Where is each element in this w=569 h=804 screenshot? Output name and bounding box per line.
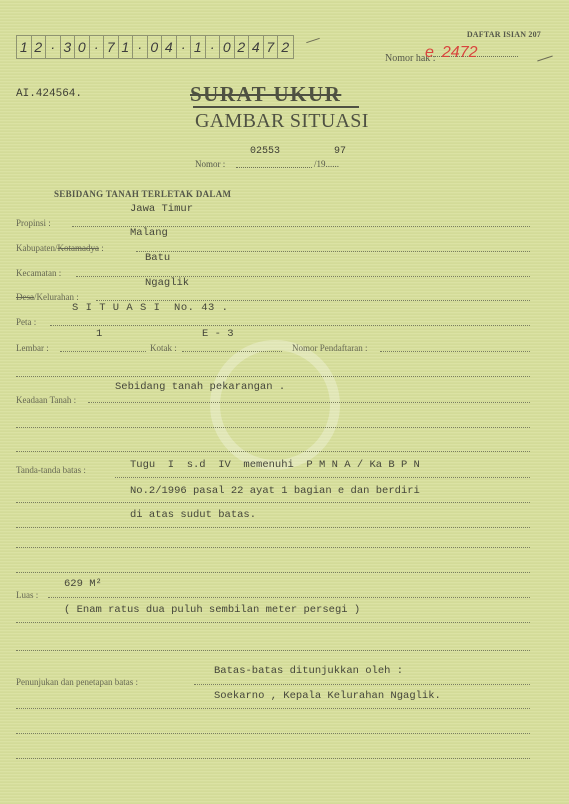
- tanda-batas-rule: [115, 477, 530, 478]
- propinsi-label: Propinsi :: [16, 218, 51, 228]
- tanda-batas-line-3: di atas sudut batas.: [130, 509, 256, 521]
- kelurahan-label: Desa/Kelurahan :: [16, 292, 79, 302]
- register-digit-box: ·: [133, 36, 148, 58]
- luas-rule: [16, 622, 530, 623]
- nomor-pendaftaran-label: Nomor Pendaftaran :: [292, 343, 367, 353]
- form-code: DAFTAR ISIAN 207: [467, 30, 541, 39]
- blank-line: [16, 650, 530, 651]
- register-digit-box: 0: [220, 36, 235, 58]
- luas-line: [48, 597, 530, 598]
- register-digit-box: 1: [191, 36, 206, 58]
- luas-words: ( Enam ratus dua puluh sembilan meter pe…: [64, 604, 360, 616]
- kelurahan-line: [96, 300, 530, 301]
- page-title: GAMBAR SITUASI: [195, 110, 369, 133]
- blank-line: [16, 758, 530, 759]
- lembar-line: [60, 351, 146, 352]
- desa-struck: Desa: [16, 292, 34, 302]
- penunjukan-line-2: Soekarno , Kepala Kelurahan Ngaglik.: [214, 690, 441, 702]
- register-number-boxes: 1 2 · 3 0 · 7 1 · 0 4 · 1 · 0 2 4 7 2: [16, 35, 294, 59]
- tanda-batas-rule: [16, 527, 530, 528]
- propinsi-value: Jawa Timur: [130, 203, 193, 215]
- register-digit-box: ·: [90, 36, 105, 58]
- kabupaten-value: Malang: [130, 227, 168, 239]
- penunjukan-rule: [16, 708, 530, 709]
- tanda-batas-label: Tanda-tanda batas :: [16, 465, 86, 475]
- nomor-year: 97: [334, 146, 346, 157]
- kotak-label: Kotak :: [150, 343, 177, 353]
- blank-line: [16, 376, 530, 377]
- register-digit-box: ·: [206, 36, 221, 58]
- register-digit-box: 0: [148, 36, 163, 58]
- blank-line: [16, 451, 530, 452]
- register-digit-box: 0: [75, 36, 90, 58]
- luas-label: Luas :: [16, 590, 38, 600]
- nomor-hak-value: e2472: [425, 44, 478, 62]
- register-digit-box: 2: [32, 36, 47, 58]
- kabupaten-colon: :: [99, 243, 104, 253]
- kotak-value: E - 3: [202, 328, 234, 340]
- tanda-batas-line-2: No.2/1996 pasal 22 ayat 1 bagian e dan b…: [130, 485, 420, 497]
- kecamatan-label: Kecamatan :: [16, 268, 61, 278]
- register-digit-box: 1: [119, 36, 134, 58]
- register-digit-box: 1: [17, 36, 32, 58]
- blank-line: [16, 427, 530, 428]
- kotamadya-struck: Kotamadya: [57, 243, 98, 253]
- blank-line: [16, 733, 530, 734]
- tanda-batas-rule: [16, 502, 530, 503]
- keadaan-tanah-line: [88, 402, 530, 403]
- title-struck: SURAT UKUR: [190, 82, 341, 107]
- register-digit-box: 7: [264, 36, 279, 58]
- nomor-hak-number: 2472: [442, 44, 478, 61]
- lembar-value: 1: [96, 328, 102, 340]
- register-digit-box: ·: [177, 36, 192, 58]
- kecamatan-value: Batu: [145, 252, 170, 264]
- penunjukan-rule: [194, 684, 530, 685]
- nomor-line: [236, 167, 312, 168]
- peta-line: [50, 325, 530, 326]
- nomor-label: Nomor :: [195, 159, 225, 169]
- register-digit-box: 2: [278, 36, 293, 58]
- penunjukan-label: Penunjukan dan penetapan batas :: [16, 677, 138, 687]
- peta-label: Peta :: [16, 317, 36, 327]
- luas-value: 629 M²: [64, 578, 102, 590]
- register-digit-box: 7: [104, 36, 119, 58]
- blank-line: [16, 572, 530, 573]
- pen-stroke: [306, 38, 320, 43]
- title-divider: [193, 106, 359, 108]
- lembar-label: Lembar :: [16, 343, 49, 353]
- nomor-pendaftaran-line: [380, 351, 530, 352]
- register-digit-box: 4: [162, 36, 177, 58]
- kelurahan-label-text: /Kelurahan :: [34, 292, 79, 302]
- register-digit-box: 3: [61, 36, 76, 58]
- register-digit-box: ·: [46, 36, 61, 58]
- section-heading: SEBIDANG TANAH TERLETAK DALAM: [54, 189, 231, 199]
- serial-number: AI.424564.: [16, 88, 82, 100]
- nomor-year-prefix: /19......: [314, 159, 339, 169]
- penunjukan-line-1: Batas-batas ditunjukkan oleh :: [214, 665, 403, 677]
- tanda-batas-line-1: Tugu I s.d IV memenuhi P M N A / Ka B P …: [130, 459, 420, 471]
- keadaan-tanah-label: Keadaan Tanah :: [16, 395, 76, 405]
- pen-stroke: [537, 56, 553, 62]
- register-digit-box: 2: [235, 36, 250, 58]
- register-digit-box: 4: [249, 36, 264, 58]
- nomor-value: 02553: [250, 146, 280, 157]
- kelurahan-value: Ngaglik: [145, 277, 189, 289]
- kabupaten-line: [136, 251, 530, 252]
- peta-value: S I T U A S I No. 43 .: [72, 302, 228, 314]
- blank-line: [16, 547, 530, 548]
- kotak-line: [182, 351, 282, 352]
- keadaan-tanah-value: Sebidang tanah pekarangan .: [115, 381, 285, 393]
- kabupaten-label: Kabupaten/Kotamadya :: [16, 243, 104, 253]
- kabupaten-label-text: Kabupaten/: [16, 243, 57, 253]
